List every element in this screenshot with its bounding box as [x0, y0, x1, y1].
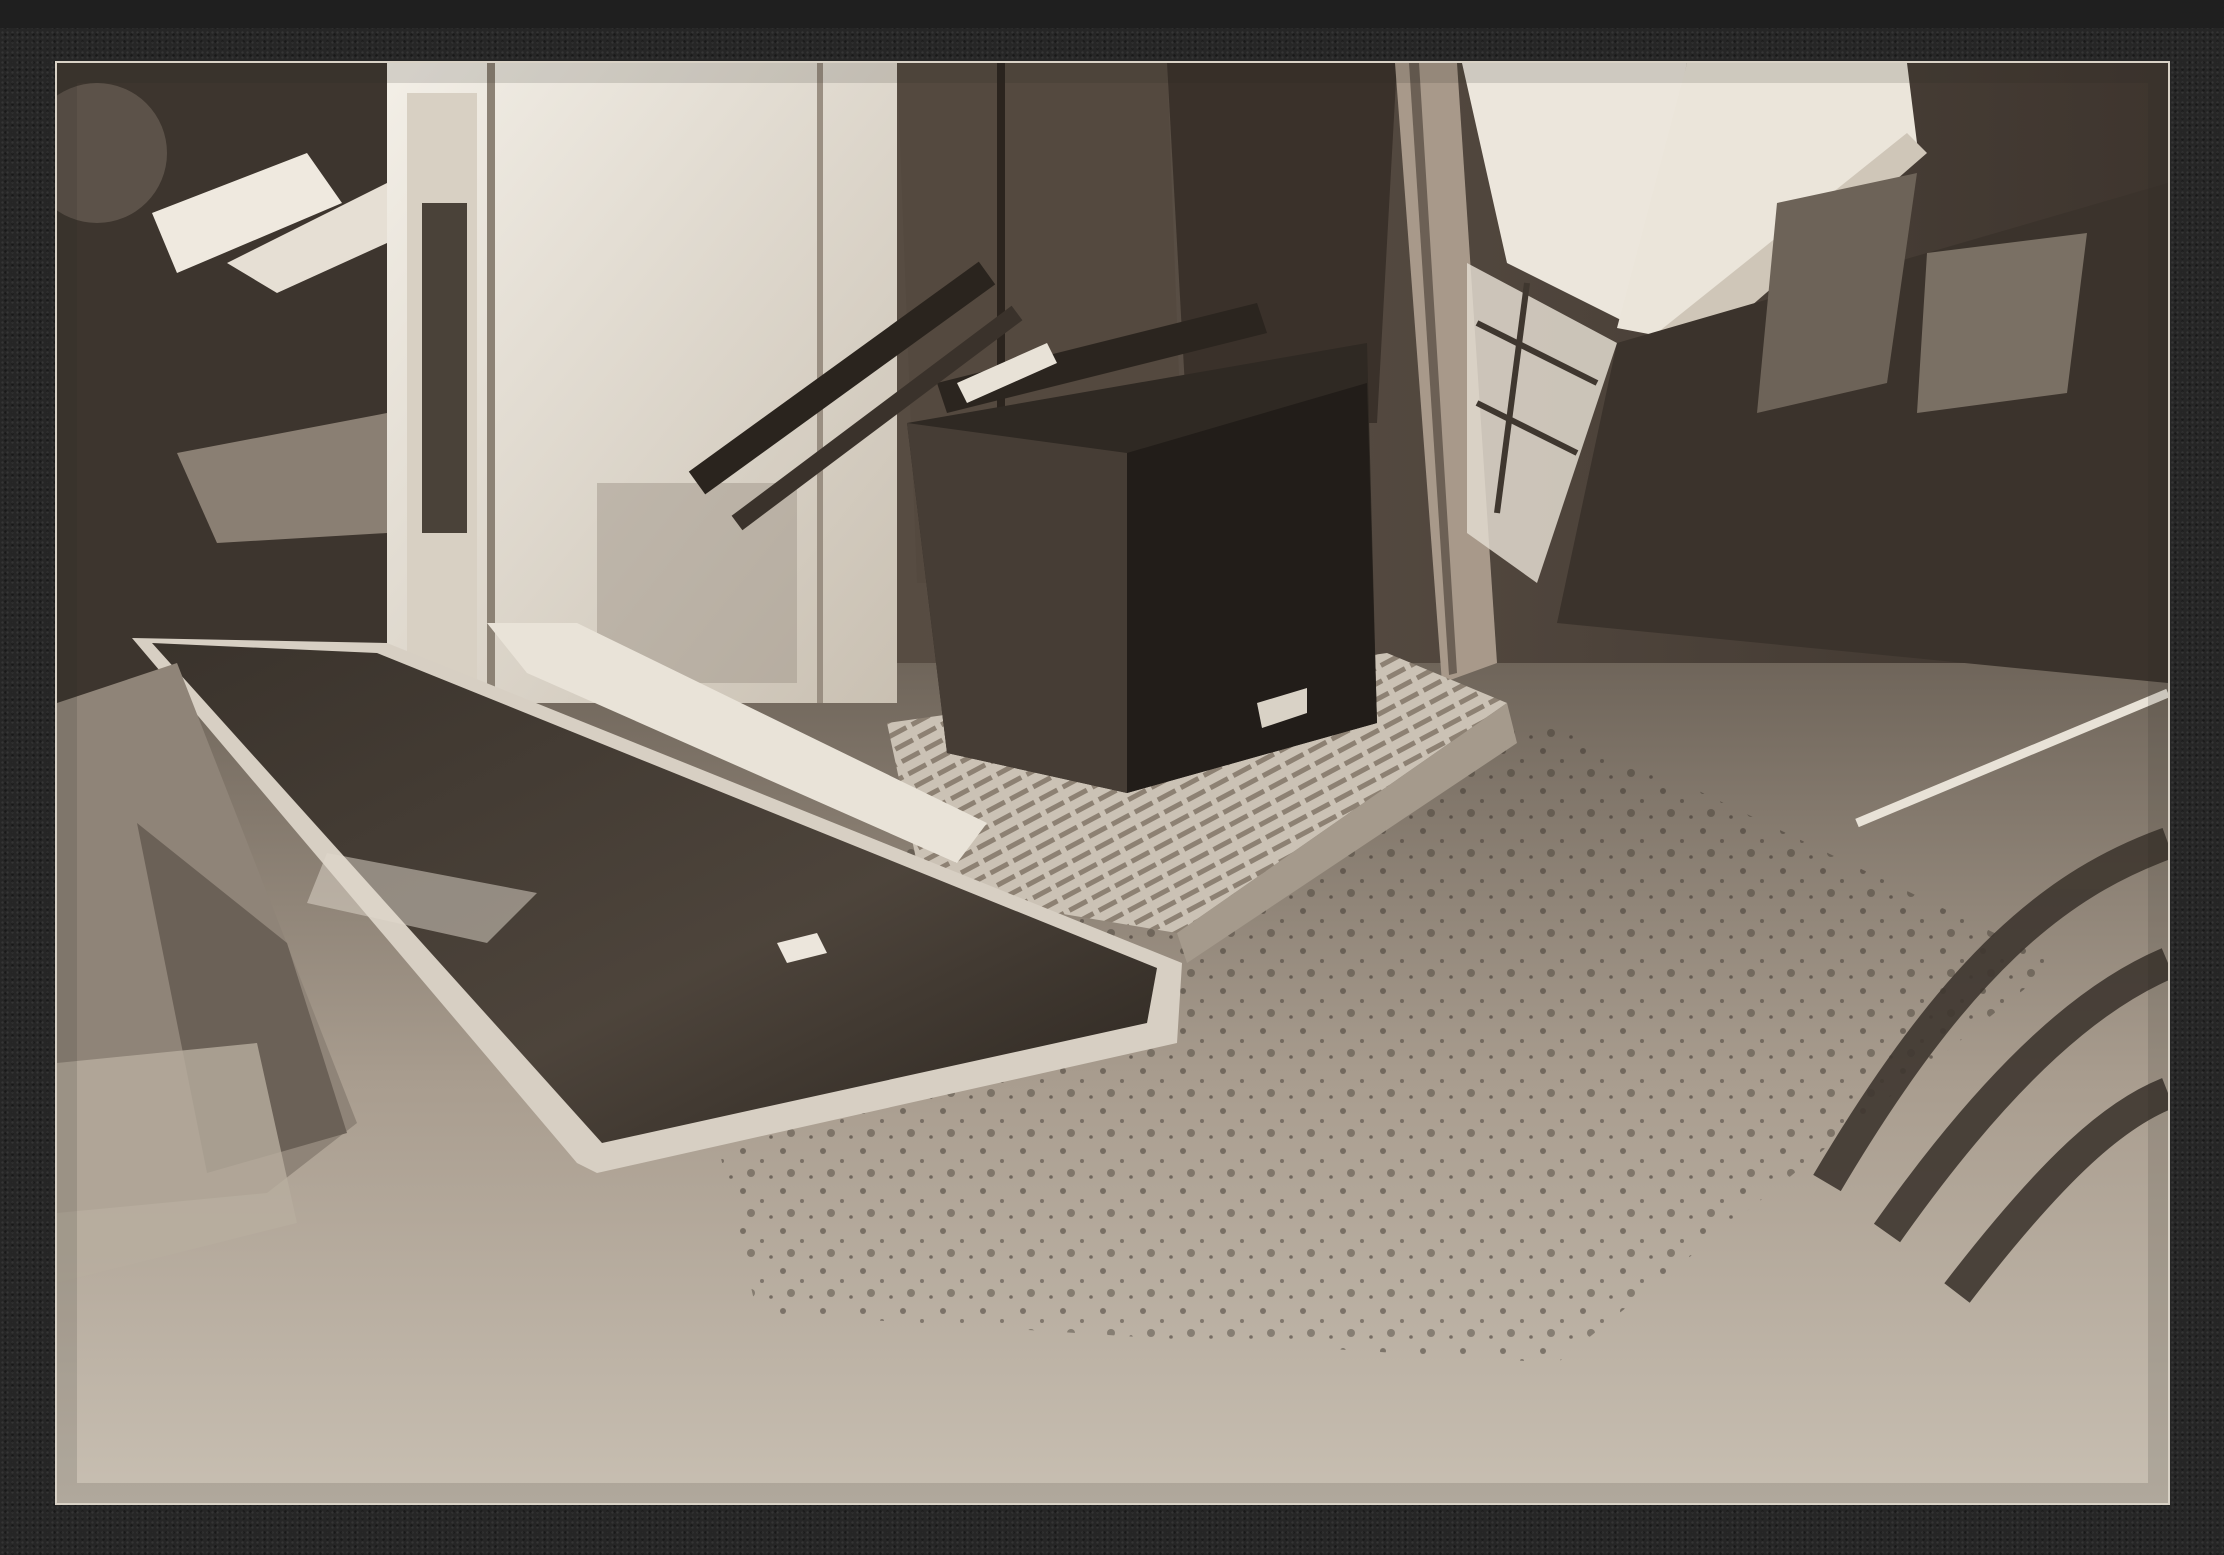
photograph: Interior of a wrecked storeroom with deb… — [57, 63, 2168, 1503]
photo-scene — [57, 63, 2168, 1503]
mount-top-band — [0, 0, 2224, 28]
